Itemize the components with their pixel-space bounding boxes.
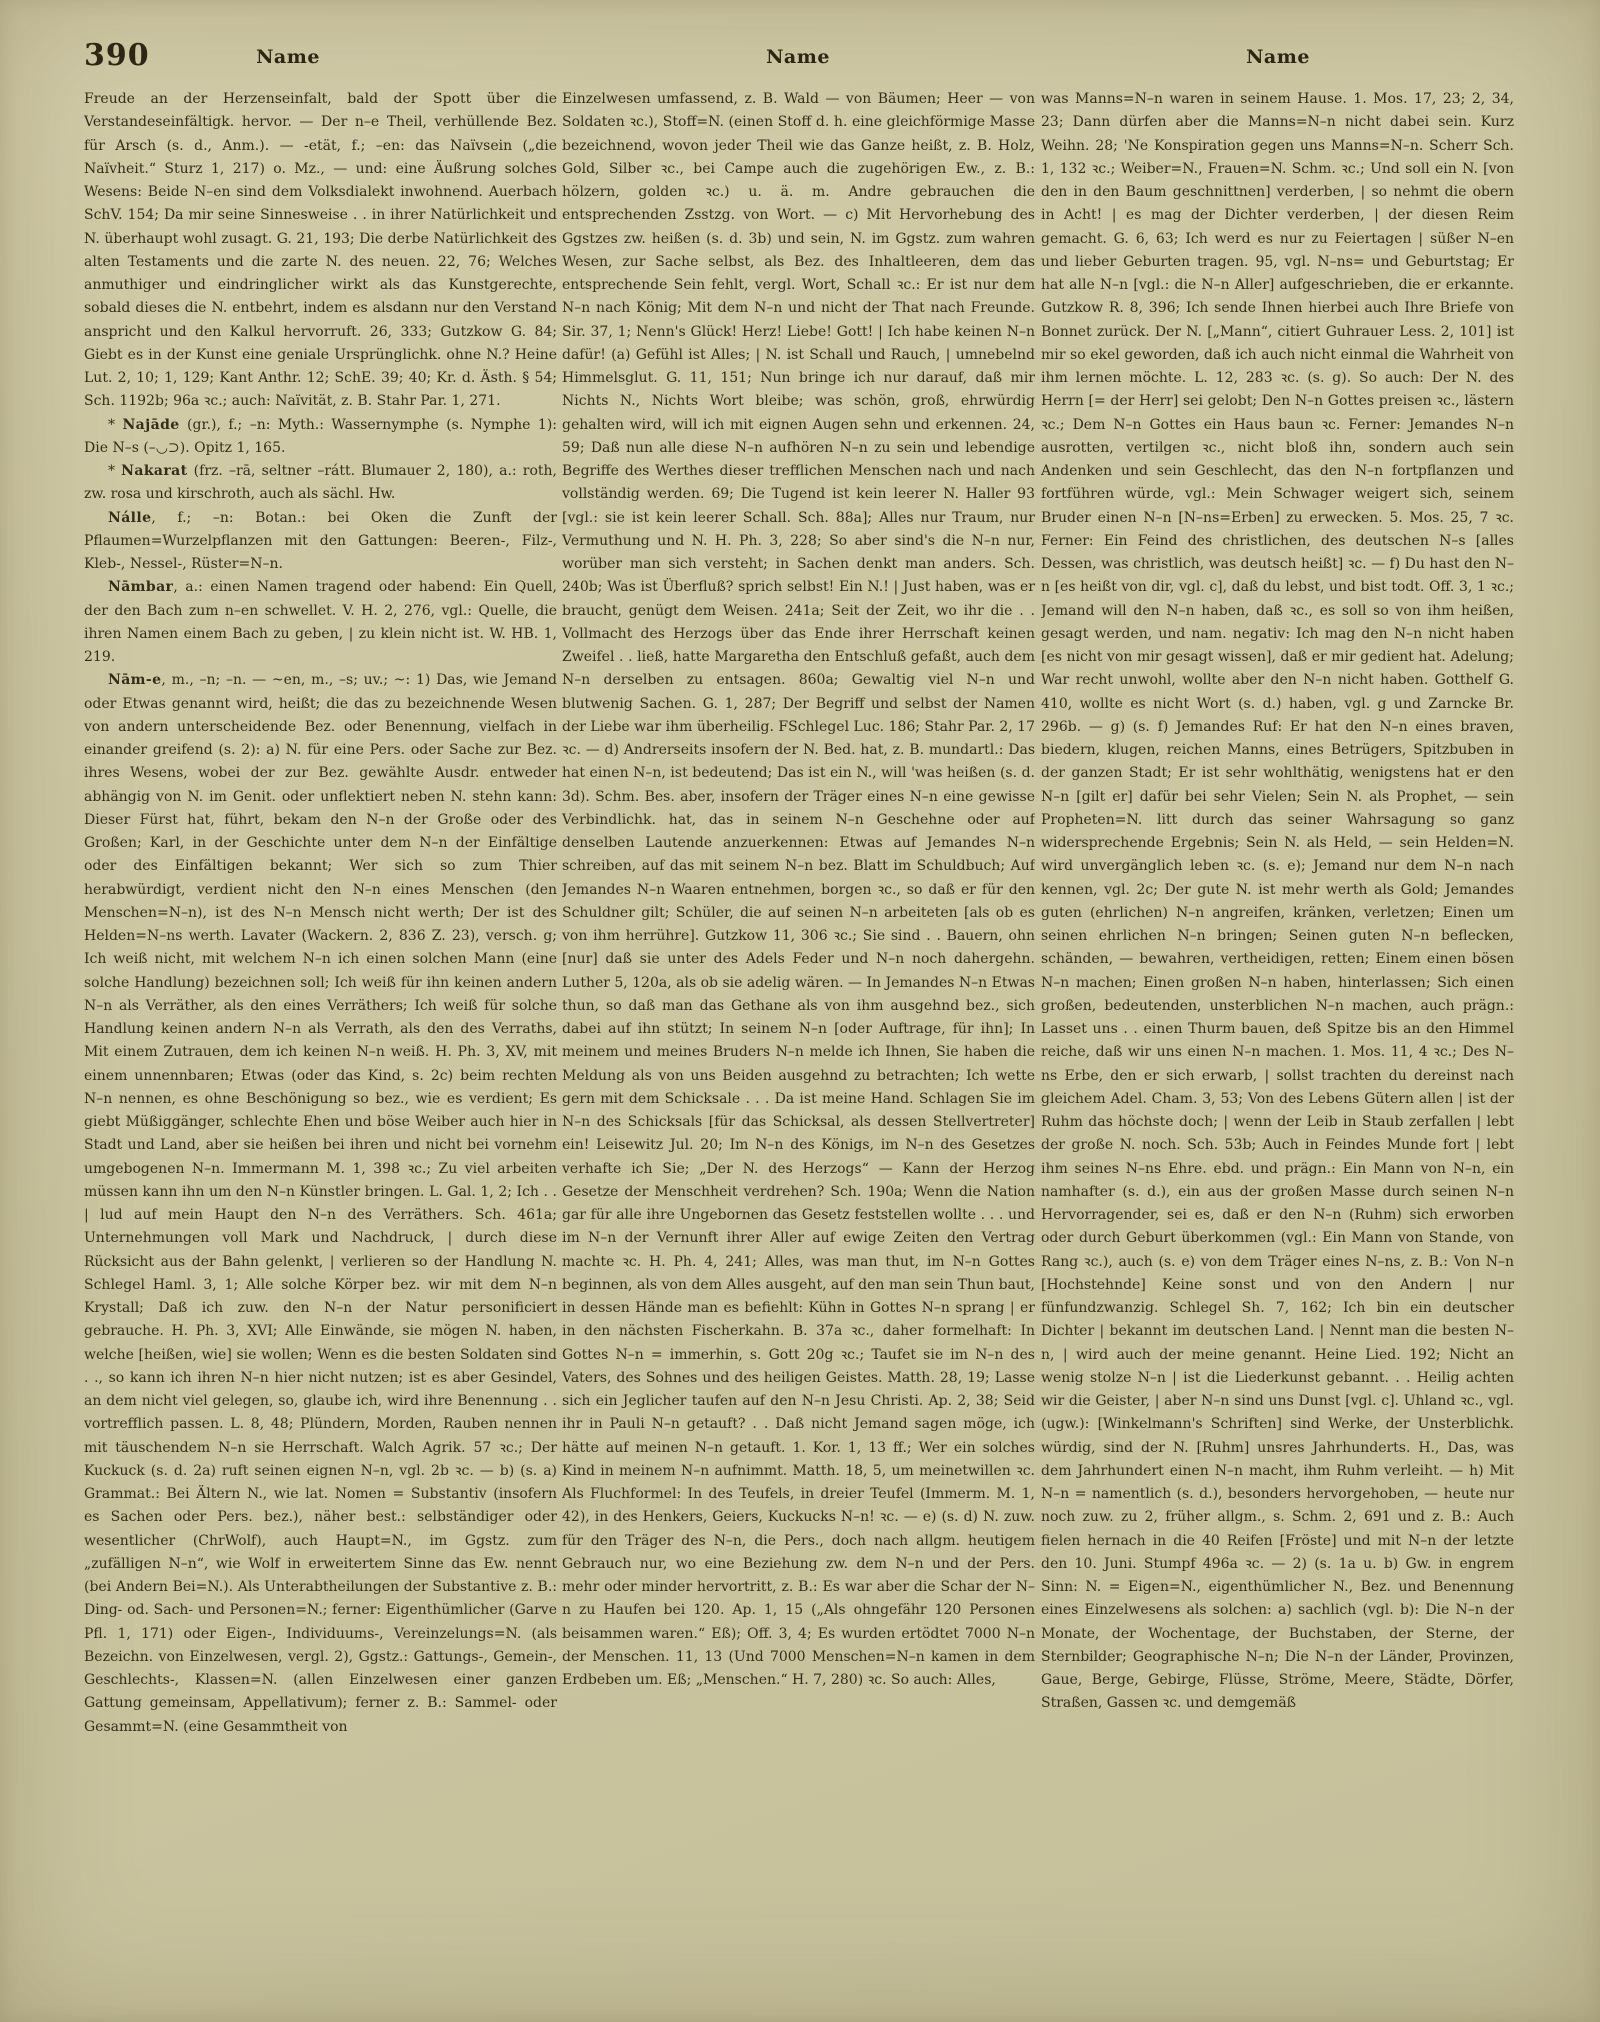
text-column-3: was Manns=N–n waren in seinem Hause. 1. … bbox=[1041, 88, 1514, 1998]
entry-lead: * bbox=[108, 463, 121, 479]
entry-headword: Nakarat bbox=[121, 463, 187, 479]
running-head-column-2: Name bbox=[562, 46, 1034, 68]
entry-headword: Nāmbar bbox=[108, 579, 173, 595]
paragraph-text: , f.; –n: Botan.: bei Oken die Zunft der… bbox=[84, 510, 557, 573]
continuation-paragraph: Freude an der Herzenseinfalt, bald der S… bbox=[84, 88, 557, 414]
text-column-2: Einzelwesen umfassend, z. B. Wald — von … bbox=[562, 88, 1035, 1998]
entry-nakarat: * Nakarat (frz. –rā, seltner –rátt. Blum… bbox=[84, 460, 557, 507]
paragraph-text: , m., –n; –n. — ~en, m., –s; uv.; ~: 1) … bbox=[84, 672, 557, 1734]
paragraph-text: Einzelwesen umfassend, z. B. Wald — von … bbox=[562, 91, 1035, 1688]
continuation-paragraph: Einzelwesen umfassend, z. B. Wald — von … bbox=[562, 88, 1035, 1692]
entry-najade: * Najāde (gr.), f.; –n: Myth.: Wassernym… bbox=[84, 414, 557, 461]
paragraph-text: was Manns=N–n waren in seinem Hause. 1. … bbox=[1041, 91, 1514, 1711]
entry-headword: Najāde bbox=[122, 417, 179, 433]
entry-headword: Nálle bbox=[108, 510, 151, 526]
entry-nalle: Nálle, f.; –n: Botan.: bei Oken die Zunf… bbox=[84, 507, 557, 577]
running-head-column-1: Name bbox=[52, 46, 524, 68]
text-column-1: Freude an der Herzenseinfalt, bald der S… bbox=[84, 88, 557, 1998]
entry-name: Nām-e, m., –n; –n. — ~en, m., –s; uv.; ~… bbox=[84, 669, 557, 1739]
continuation-paragraph: was Manns=N–n waren in seinem Hause. 1. … bbox=[1041, 88, 1514, 1716]
entry-headword: Nām-e bbox=[108, 672, 161, 688]
scanned-dictionary-page: 390 Name Name Name Freude an der Herzens… bbox=[0, 0, 1600, 2022]
paragraph-text: Freude an der Herzenseinfalt, bald der S… bbox=[84, 91, 557, 409]
entry-nambar: Nāmbar, a.: einen Namen tragend oder hab… bbox=[84, 576, 557, 669]
entry-lead: * bbox=[108, 417, 122, 433]
running-head-column-3: Name bbox=[1042, 46, 1514, 68]
